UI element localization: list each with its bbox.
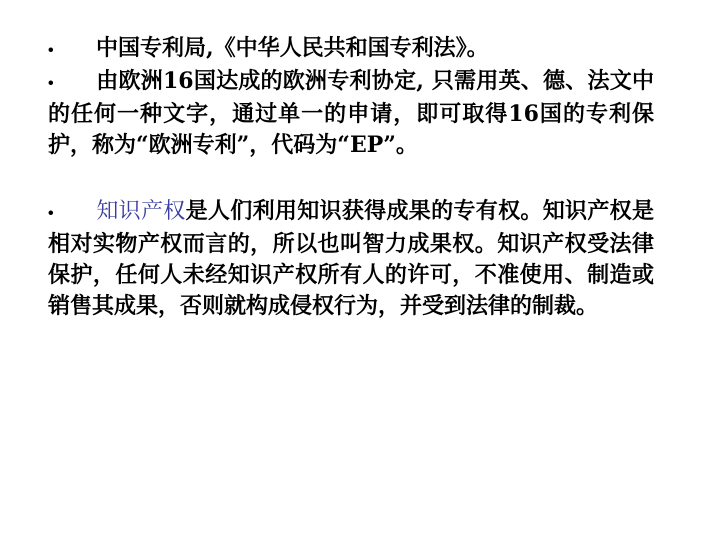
bullet-paragraph-patent-office: •中国专利局,《中华人民共和国专利法》。 <box>48 33 654 66</box>
paragraph-spacer <box>48 161 654 196</box>
bullet-icon: • <box>48 35 96 66</box>
highlighted-term: 知识产权 <box>96 199 186 224</box>
bullet-icon: • <box>48 198 96 229</box>
slide-content: •中国专利局,《中华人民共和国专利法》。 •由欧洲16国达成的欧洲专利协定, 只… <box>48 33 654 322</box>
bullet-icon: • <box>48 68 96 99</box>
bullet-paragraph-intellectual-property: •知识产权是人们利用知识获得成果的专有权。知识产权是相对实物产权而言的，所以也叫… <box>48 196 654 322</box>
slide: •中国专利局,《中华人民共和国专利法》。 •由欧洲16国达成的欧洲专利协定, 只… <box>0 0 720 540</box>
paragraph-text: 中国专利局,《中华人民共和国专利法》。 <box>96 35 489 61</box>
bullet-paragraph-european-patent: •由欧洲16国达成的欧洲专利协定, 只需用英、德、法文中的任何一种文字，通过单一… <box>48 66 654 161</box>
paragraph-text: 由欧洲16国达成的欧洲专利协定, 只需用英、德、法文中的任何一种文字，通过单一的… <box>48 68 654 158</box>
